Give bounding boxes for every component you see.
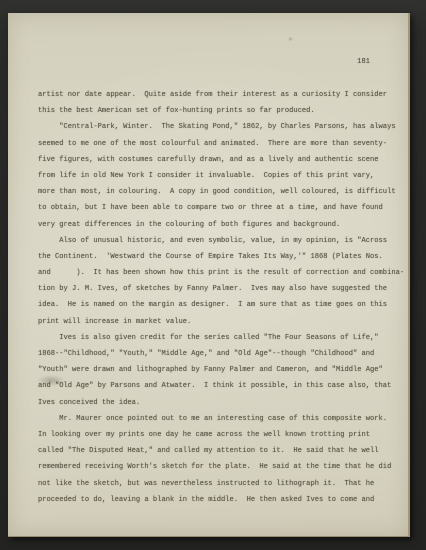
text-line: five figures, with costumes carefully dr… — [38, 152, 406, 168]
text-line: this the best American set of fox-huntin… — [38, 103, 406, 119]
text-line: proceeded to do, leaving a blank in the … — [38, 492, 406, 508]
text-line: In looking over my prints one day he cam… — [38, 427, 406, 443]
text-line: Ives conceived the idea. — [38, 395, 406, 411]
text-line: seemed to me one of the most colourful a… — [38, 136, 406, 152]
text-line: tion by J. M. Ives, of sketches by Fanny… — [38, 281, 406, 297]
text-line: the Continent. 'Westward the Course of E… — [38, 249, 406, 265]
text-line: "Central-Park, Winter. The Skating Pond,… — [38, 119, 406, 135]
text-line: called "The Disputed Heat," and called m… — [38, 443, 406, 459]
scanned-document: 181 artist nor date appear. Quite aside … — [0, 0, 426, 550]
text-line: not like the sketch, but was nevertheles… — [38, 476, 406, 492]
text-line: Mr. Maurer once pointed out to me an int… — [38, 411, 406, 427]
typescript-page: 181 artist nor date appear. Quite aside … — [8, 13, 410, 537]
text-line: "Youth" were drawn and lithographed by F… — [38, 362, 406, 378]
text-line: Ives is also given credit for the series… — [38, 330, 406, 346]
typewritten-text: artist nor date appear. Quite aside from… — [38, 87, 406, 508]
text-line: more than most, in colouring. A copy in … — [38, 184, 406, 200]
paper-speck — [288, 37, 293, 41]
text-line: Also of unusual historic, and even symbo… — [38, 233, 406, 249]
text-line: to obtain, but I have been able to compa… — [38, 200, 406, 216]
text-line: from life in old New York I consider it … — [38, 168, 406, 184]
page-number: 181 — [357, 58, 370, 66]
text-line: and ). It has been shown how this print … — [38, 265, 406, 281]
text-line: very great differences in the colouring … — [38, 217, 406, 233]
text-line: artist nor date appear. Quite aside from… — [38, 87, 406, 103]
text-line: and "Old Age" by Parsons and Atwater. I … — [38, 378, 406, 394]
text-line: remembered receiving Worth's sketch for … — [38, 459, 406, 475]
text-line: idea. He is named on the margin as desig… — [38, 297, 406, 313]
text-line: 1868--"Childhood," "Youth," "Middle Age,… — [38, 346, 406, 362]
text-line: print will increase in market value. — [38, 314, 406, 330]
